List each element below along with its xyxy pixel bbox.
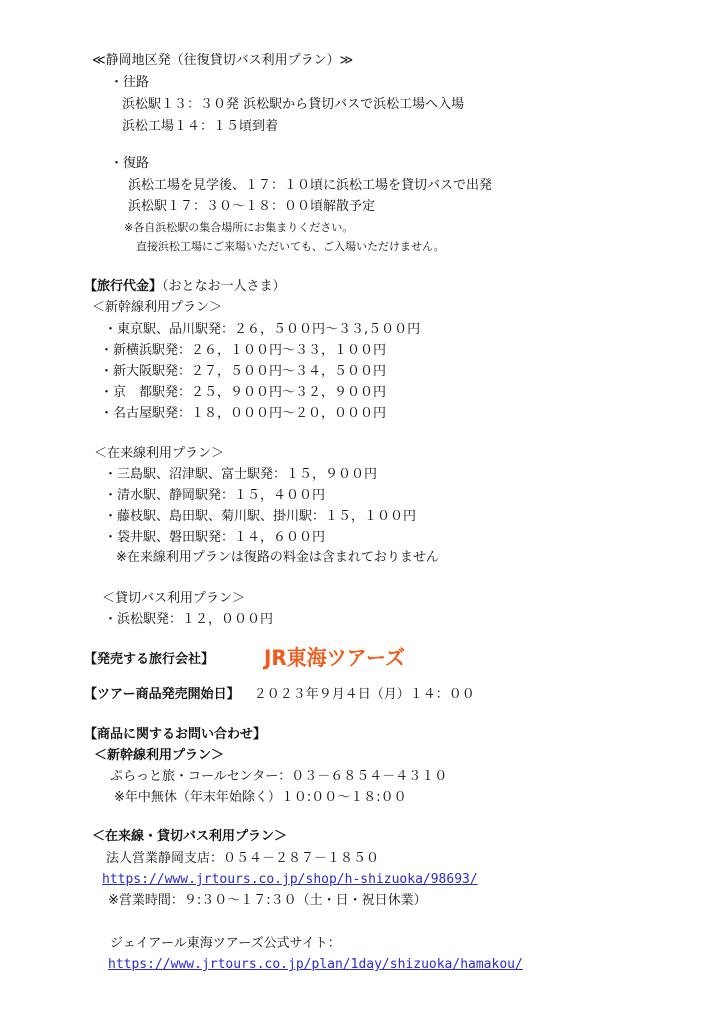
price-heading-row: 【旅行代金】（おとなお一人さま） [84, 278, 286, 296]
sale-start-row: 【ツアー商品発売開始日】 ２０２３年９月４日（月）１４：００ [84, 686, 475, 704]
jr-tokai-tours-logo: JR東海ツアーズ [264, 645, 405, 671]
sale-start-heading: 【ツアー商品発売開始日】 [84, 687, 240, 702]
inquiry-conventional-bus-contact: 法人営業静岡支店：０５４－２８７－１８５０ [106, 850, 379, 868]
return-label: ・復路 [110, 155, 149, 173]
price-heading: 【旅行代金】 [84, 279, 162, 294]
return-note-1: ※各自浜松駅の集合場所にお集まりください。 [124, 219, 353, 237]
outbound-line-2: 浜松工場１４：１５頃到着 [122, 118, 278, 136]
inquiry-heading: 【商品に関するお問い合わせ】 [84, 726, 266, 744]
return-note-2: 直接浜松工場にご来場いただいても、ご入場いただけません。 [136, 238, 445, 256]
bus-price-item: ・浜松駅発：１２，０００円 [104, 611, 273, 629]
shizuoka-branch-link[interactable]: https://www.jrtours.co.jp/shop/h-shizuok… [102, 871, 478, 889]
bus-price-plan-title: ＜貸切バス利用プラン＞ [102, 590, 245, 608]
shinkansen-plan-title: ＜新幹線利用プラン＞ [92, 299, 222, 317]
bus-plan-title: ≪静岡地区発（往復貸切バス利用プラン）≫ [92, 52, 353, 70]
official-site-label: ジェイアール東海ツアーズ公式サイト： [110, 935, 341, 953]
shinkansen-price-item: ・京 都駅発：２５，９００円～３２，９００円 [100, 384, 386, 402]
outbound-line-1: 浜松駅１３：３０発 浜松駅から貸切バスで浜松工場へ入場 [122, 96, 464, 114]
conventional-price-note: ※在来線利用プランは復路の料金は含まれておりません [116, 549, 439, 567]
conventional-price-item: ・清水駅、静岡駅発：１５，４００円 [104, 487, 325, 505]
conventional-price-item: ・袋井駅、磐田駅発：１４，６００円 [104, 529, 325, 547]
conventional-price-item: ・藤枝駅、島田駅、菊川駅、掛川駅：１５，１００円 [104, 508, 416, 526]
shinkansen-price-item: ・名古屋駅発：１８，０００円～２０，０００円 [100, 405, 386, 423]
shinkansen-price-item: ・新大阪駅発：２７，５００円～３４，５００円 [100, 363, 386, 381]
inquiry-conventional-bus-hours: ※営業時間：９:３０～１７:３０（土・日・祝日休業） [108, 892, 427, 910]
inquiry-conventional-bus-title: ＜在来線・貸切バス利用プラン＞ [92, 828, 287, 846]
inquiry-shinkansen-contact: ぷらっと旅・コールセンター：０３－６８５４－４３１０ [110, 768, 447, 786]
conventional-price-item: ・三島駅、沼津駅、富士駅発：１５，９００円 [104, 466, 377, 484]
shinkansen-price-item: ・東京駅、品川駅発：２６，５００円～３３,５００円 [104, 321, 420, 339]
return-line-2: 浜松駅１７：３０～１８：００頃解散予定 [128, 198, 375, 216]
inquiry-shinkansen-title: ＜新幹線利用プラン＞ [94, 747, 224, 765]
agency-heading: 【発売する旅行会社】 [84, 651, 214, 669]
official-site-link[interactable]: https://www.jrtours.co.jp/plan/1day/shiz… [108, 956, 523, 974]
conventional-plan-title: ＜在来線利用プラン＞ [94, 445, 224, 463]
sale-start-value: ２０２３年９月４日（月）１４：００ [254, 687, 475, 702]
inquiry-shinkansen-hours: ※年中無休（年末年始除く）１０:００～１８:００ [114, 789, 407, 807]
shinkansen-price-item: ・新横浜駅発：２６，１００円～３３，１００円 [100, 342, 386, 360]
return-line-1: 浜松工場を見学後、１７：１０頃に浜松工場を貸切バスで出発 [128, 177, 492, 195]
outbound-label: ・往路 [110, 74, 149, 92]
price-heading-note: （おとなお一人さま） [162, 279, 286, 294]
